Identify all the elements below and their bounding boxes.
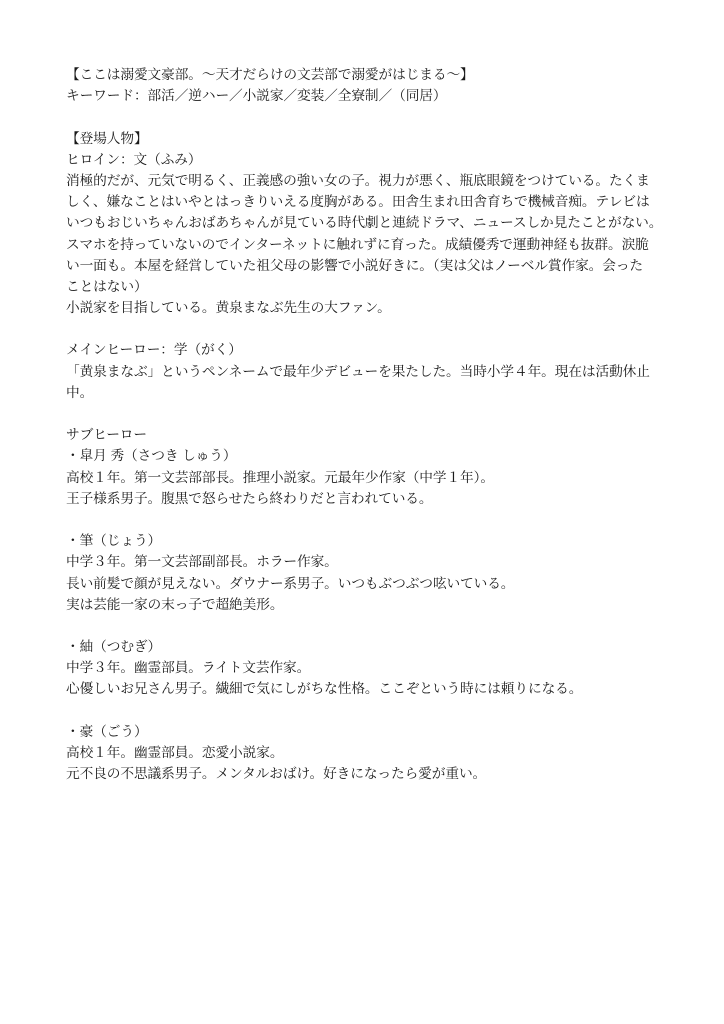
keywords: キーワード：部活／逆ハー／小説家／変装／全寮制／（同居） <box>66 85 672 106</box>
sub-hero-1-name: ・皐月 秀（さつき しゅう） <box>66 445 672 466</box>
sub-hero-2-name: ・筆（じょう） <box>66 530 672 551</box>
main-hero-description-line: 「黄泉まなぶ」というペンネームで最年少デビューを果たした。当時小学４年。現在は活… <box>66 361 672 382</box>
blank-line <box>66 700 672 721</box>
sub-hero-3-description-line: 中学３年。幽霊部員。ライト文芸作家。 <box>66 657 672 678</box>
sub-hero-4-description-line: 高校１年。幽霊部員。恋愛小説家。 <box>66 742 672 763</box>
heroine-description-line: スマホを持っていないのでインターネットに触れずに育った。成績優秀で運動神経も抜群… <box>66 234 672 255</box>
heroine-description-line: 消極的だが、元気で明るく、正義感の強い女の子。視力が悪く、瓶底眼鏡をつけている。… <box>66 170 672 191</box>
heroine-description-line: いつもおじいちゃんおばあちゃんが見ている時代劇と連続ドラマ、ニュースしか見たこと… <box>66 212 672 233</box>
sub-hero-2-description-line: 中学３年。第一文芸部副部長。ホラー作家。 <box>66 551 672 572</box>
sub-hero-2-description-line: 実は芸能一家の末っ子で超絶美形。 <box>66 594 672 615</box>
heroine-description-line: しく、嫌なことはいやとはっきりいえる度胸がある。田舎生まれ田舎育ちで機械音痴。テ… <box>66 191 672 212</box>
heroine-name: ヒロイン：文（ふみ） <box>66 149 672 170</box>
blank-line <box>66 615 672 636</box>
heroine-goal-line: 小説家を目指している。黄泉まなぶ先生の大ファン。 <box>66 297 672 318</box>
blank-line <box>66 106 672 127</box>
document-page: 【ここは溺愛文豪部。～天才だらけの文芸部で溺愛がはじまる～】キーワード：部活／逆… <box>0 0 724 1024</box>
blank-line <box>66 403 672 424</box>
sub-hero-3-name: ・紬（つむぎ） <box>66 636 672 657</box>
sub-hero-3-description-line: 心優しいお兄さん男子。繊細で気にしがちな性格。ここぞという時には頼りになる。 <box>66 678 672 699</box>
sub-hero-heading: サブヒーロー <box>66 424 672 445</box>
main-hero-description-line: 中。 <box>66 382 672 403</box>
main-hero-name: メインヒーロー：学（がく） <box>66 339 672 360</box>
characters-heading: 【登場人物】 <box>66 128 672 149</box>
sub-hero-1-description-line: 高校１年。第一文芸部部長。推理小説家。元最年少作家（中学１年）。 <box>66 467 672 488</box>
sub-hero-2-description-line: 長い前髪で顔が見えない。ダウナー系男子。いつもぶつぶつ呟いている。 <box>66 573 672 594</box>
heroine-description-line: い一面も。本屋を経営していた祖父母の影響で小説好きに。（実は父はノーベル賞作家。… <box>66 255 672 276</box>
story-title: 【ここは溺愛文豪部。～天才だらけの文芸部で溺愛がはじまる～】 <box>66 64 672 85</box>
sub-hero-4-name: ・豪（ごう） <box>66 721 672 742</box>
heroine-description-line: ことはない） <box>66 276 672 297</box>
sub-hero-4-description-line: 元不良の不思議系男子。メンタルおばけ。好きになったら愛が重い。 <box>66 763 672 784</box>
sub-hero-1-description-line: 王子様系男子。腹黒で怒らせたら終わりだと言われている。 <box>66 488 672 509</box>
blank-line <box>66 318 672 339</box>
blank-line <box>66 509 672 530</box>
